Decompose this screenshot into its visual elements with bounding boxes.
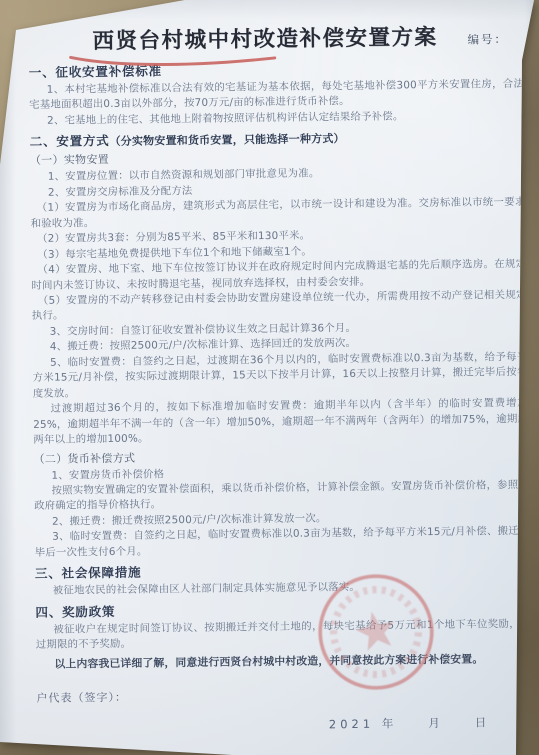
signature-label: 户代表（签字）： (36, 684, 531, 706)
document-page: 西贤台村城中村改造补偿安置方案 编号： 一、征收安置补偿标准 1、本村宅基地补偿… (0, 0, 539, 755)
section3-item: 被征地农民的社会保障由区人社部门制定具体实施意见予以落实。 (35, 578, 530, 599)
section2-heading-text: 二、安置方式 (30, 133, 110, 149)
agreement-statement: 以上内容我已详细了解，同意进行西贤台村城中村改造，并同意按此方案进行补偿安置。 (36, 650, 531, 671)
document-content: 西贤台村城中村改造补偿安置方案 编号： 一、征收安置补偿标准 1、本村宅基地补偿… (0, 0, 539, 755)
physical-item: 过渡期超过36个月的，按如下标准增加临时安置费：逾期半年以内（含半年）的临时安置… (33, 396, 529, 448)
monetary-item: 3、临时安置费：自签约之日起，临时安置费标准以0.3亩为基数，给予每平方米15元… (34, 524, 529, 561)
physical-item: 5、临时安置费：自签约之日起，过渡期在36个月以内的，临时安置费标准以0.3亩为… (32, 350, 528, 402)
date-line: 2021 年 月 日 (329, 714, 532, 732)
section2-heading-note: （分实物安置和货币安置，只能选择一种方式） (109, 132, 344, 148)
section4-item: 被征收户在规定时间签订协议、按期搬迁并交付土地的，每块宅基给予5万元和1个地下车… (36, 617, 531, 654)
red-underline-mark (67, 48, 281, 73)
photo-background: 西贤台村城中村改造补偿安置方案 编号： 一、征收安置补偿标准 1、本村宅基地补偿… (0, 0, 539, 755)
doc-number-label: 编号： (467, 31, 508, 47)
title-row: 西贤台村城中村改造补偿安置方案 编号： (28, 19, 523, 56)
